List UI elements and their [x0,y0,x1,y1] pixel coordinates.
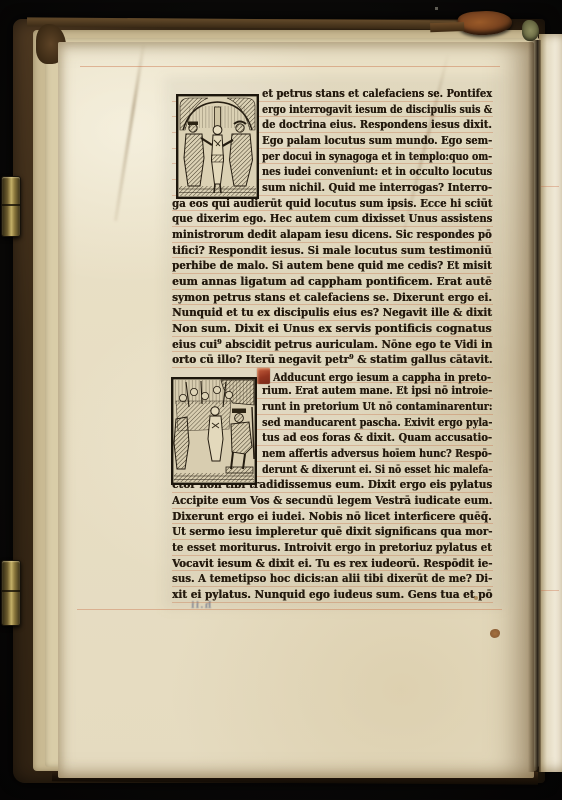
text-line-content: perhibe de malo. Si autem bene quid me c… [172,258,492,274]
woodcut-christ-before-pilate-scene [171,377,257,485]
text-line: sus. A temetipso hoc dicis:an alii tibi … [172,571,493,587]
text-line: eius cui⁹ abscidit petrus auriculam. Nōn… [172,337,493,353]
text-line-content: nem affertis adversus hoīem hunc? Respō- [262,446,492,462]
text-line: xit ei pylatus. Nunquid ego iudeus sum. … [172,587,493,603]
text-line-content: et petrus stans et calefaciens se. Ponti… [262,86,492,102]
text-line-content: ergo interrogavit iesum de discipulis su… [262,102,492,118]
text-line-content: de doctrina eius. Respondens iesus dixit… [262,117,492,133]
text-line: symon petrus stans et calefaciens se. Di… [172,290,493,306]
text-line: Dixerunt ergo ei iudei. Nobis nō licet i… [172,509,493,525]
text-line-content: nes iudei conveniunt: et in occulto locu… [262,164,492,180]
text-line-content: Non sum. Dixit ei Unus ex servis pontifi… [172,321,492,337]
text-line-content: sum nichil. Quid me interrogas? Interro- [262,180,492,196]
green-marker-tab [522,20,539,41]
text-line: eum annas ligatum ad cappham pontificem.… [172,274,493,290]
text-line: perhibe de malo. Si autem bene quid me c… [172,258,493,274]
text-line-content: eum annas ligatum ad cappham pontificem.… [172,274,492,290]
text-line-content: rium. Erat autem mane. Et ipsi nō introi… [262,383,492,399]
text-line-content: per docui in synagoga et in templo:quo o… [262,149,492,165]
text-line-content: symon petrus stans et calefaciens se. Di… [172,290,492,306]
text-line-content: tus ad eos foras & dixit. Quam accusatio… [262,430,492,446]
text-line-content: Ut sermo iesu impleretur quē dixit signi… [172,524,492,540]
text-line-content: te esset moriturus. Introivit ergo in pr… [172,540,492,556]
text-line-content: orto cū illo? Iterū negavit petr⁹ & stat… [172,352,492,368]
text-line-content: sed manducarent pascha. Exivit ergo pyla… [262,415,492,431]
text-line: Vocavit iesum & dixit ei. Tu es rex iude… [172,556,493,572]
text-line: orto cū illo? Iterū negavit petr⁹ & stat… [172,352,493,368]
text-line-content: sus. A temetipso hoc dicis:an alii tibi … [172,571,492,587]
text-line-content: Nunquid et tu ex discipulis eius es? Neg… [172,305,492,321]
text-line-content: ministrorum dedit alapam iesu dicens. Si… [172,227,492,243]
red-ruling-top [80,66,500,67]
text-line: que dixerim ego. Hec autem cum dixisset … [172,211,493,227]
text-line-content: eius cui⁹ abscidit petrus auriculam. Nōn… [172,337,492,353]
text-line-content: Ego palam locutus sum mundo. Ego sem- [262,133,492,149]
text-line-content: tifici? Respondit iesus. Si male locutus… [172,243,492,259]
dust-specks [0,0,1,1]
rubricated-initial [257,368,270,384]
text-line-content: Accipite eum Vos & secundū legem Vestrā … [172,493,492,509]
book-photo: h.ii et petrus stans et calefaciens se. … [0,0,562,800]
brass-clasp-top [1,176,21,237]
text-line-content: xit ei pylatus. Nunquid ego iudeus sum. … [172,587,492,603]
text-line: Accipite eum Vos & secundū legem Vestrā … [172,493,493,509]
red-ruling-bottom [77,609,502,610]
text-line-content: que dixerim ego. Hec autem cum dixisset … [172,211,492,227]
woodcut-flagellation-scene [176,94,259,199]
text-line: Non sum. Dixit ei Unus ex servis pontifi… [172,321,493,337]
text-line-content: derunt & dixerunt ei. Si nō esset hic ma… [262,462,492,478]
text-line: ministrorum dedit alapam iesu dicens. Si… [172,227,493,243]
text-line: te esset moriturus. Introivit ergo in pr… [172,540,493,556]
facing-page-edge [539,34,562,772]
text-line-content: runt in pretorium Ut nō contaminarentur: [262,399,492,415]
text-line-content: Dixerunt ergo ei iudei. Nobis nō licet i… [172,509,492,525]
text-line: tifici? Respondit iesus. Si male locutus… [172,243,493,259]
text-line-content: Vocavit iesum & dixit ei. Tu es rex iude… [172,556,492,572]
text-line: Ut sermo iesu impleretur quē dixit signi… [172,524,493,540]
brass-clasp-bottom [1,560,21,626]
text-line: Nunquid et tu ex discipulis eius es? Neg… [172,305,493,321]
